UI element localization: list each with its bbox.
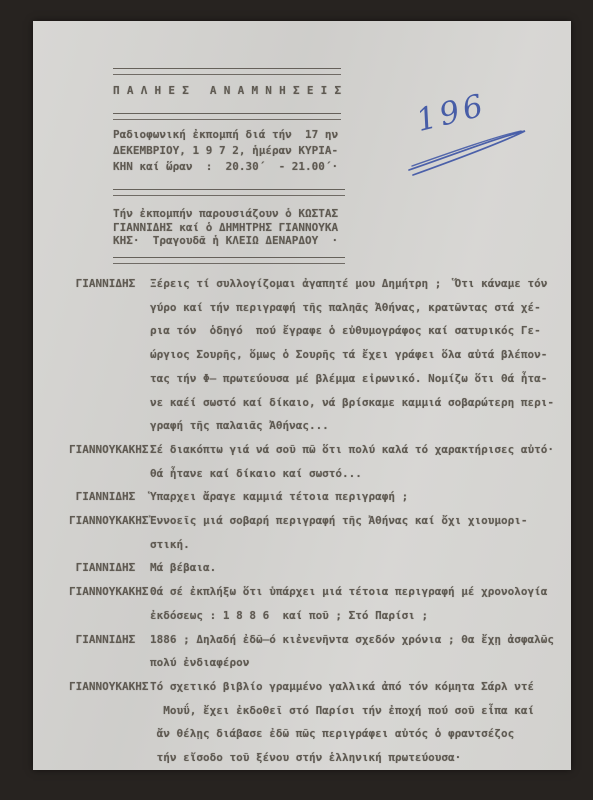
dialogue-row: ΓΙΑΝΝΙΔΗΣ 1886 ; Δηλαδή ἐδῶ̶ό κιἐνενῆντα… [33,628,571,675]
pen-underline-flourish [403,126,535,184]
broadcast-info-line: ΔΕΚΕΜΒΡΙΟΥ, 1 9 7 2, ἡμέραν ΚΥΡΙΑ- [113,143,338,159]
dialogue-transcript: ΓΙΑΝΝΙΔΗΣ Ξέρεις τί συλλογίζομαι ἀγαπητέ… [33,272,571,770]
dialogue-row: ΓΙΑΝΝΟΥΚΑΚΗΣ Θά σέ ἐκπλήξω ὅτι ὑπάρχει μ… [33,580,571,627]
speaker-label: ΓΙΑΝΝΙΔΗΣ [69,628,150,652]
speech-lines: Σέ διακόπτω γιά νά σοῦ πῶ ὅτι πολύ καλά … [150,438,568,485]
speech-lines: Τό σχετικό βιβλίο γραμμένο γαλλικά ἀπό τ… [150,675,568,770]
speech-line: Ὑπαρχει ἄραγε καμμιά τέτοια περιγραφή ; [150,485,568,509]
presenters-info-line: Τήν ἐκπομπήν παρουσιάζουν ὁ ΚΩΣΤΑΣ [113,207,338,221]
double-rule-mid [113,189,345,196]
speech-lines: Μά βέβαια. [150,556,568,580]
speech-line: πολύ ἐνδιαφέρον [150,651,568,675]
broadcast-info: Ραδιοφωνική ἐκπομπή διά τήν 17 ηνΔΕΚΕΜΒΡ… [113,127,338,174]
dialogue-row: ΓΙΑΝΝΟΥΚΑΚΗΣ Ἐννοεῖς μιά σοβαρή περιγραφ… [33,509,571,556]
page-title: Π Α Λ Η Ε Σ Α Ν Α Μ Ν Η Σ Ε Ι Σ [113,84,341,97]
dialogue-row: ΓΙΑΝΝΟΥΚΑΚΗΣ Τό σχετικό βιβλίο γραμμένο … [33,675,571,770]
speech-line: γύρο καί τήν περιγραφή τῆς παληᾶς Ἀθήνας… [150,296,568,320]
broadcast-info-line: ΚΗΝ καί ὥραν : 20.30΄ - 21.00΄· [113,159,338,175]
speech-line: Τό σχετικό βιβλίο γραμμένο γαλλικά ἀπό τ… [150,675,568,699]
presenters-info-line: ΓΙΑΝΝΙΔΗΣ καί ὁ ΔΗΜΗΤΡΗΣ ΓΙΑΝΝΟΥΚΑ [113,221,338,235]
speech-lines: 1886 ; Δηλαδή ἐδῶ̶ό κιἐνενῆντα σχεδόν χρ… [150,628,568,675]
speech-line: ἄν θέλῃς διάβασε ἐδῶ πῶς περιγράφει αὐτό… [150,722,568,746]
speech-lines: Ἐννοεῖς μιά σοβαρή περιγραφή τῆς Ἀθήνας … [150,509,568,556]
double-rule-top [113,68,341,75]
speech-line: ἐκδόσεως : 1 8 8 6 καί ποῦ ; Στό Παρίσι … [150,604,568,628]
double-rule-bottom [113,257,345,264]
speech-line: 1886 ; Δηλαδή ἐδῶ̶ό κιἐνενῆντα σχεδόν χρ… [150,628,568,652]
dialogue-row: ΓΙΑΝΝΙΔΗΣ Ὑπαρχει ἄραγε καμμιά τέτοια πε… [33,485,571,509]
speech-line: τας τήν Φ̶ πρωτεύουσα μέ βλέμμα εἰρωνικό… [150,367,568,391]
speech-lines: Ξέρεις τί συλλογίζομαι ἀγαπητέ μου Δημήτ… [150,272,568,438]
speech-line: νε καέί σωστό καί δίκαιο, νά βρίσκαμε κα… [150,391,568,415]
speaker-label: ΓΙΑΝΝΟΥΚΑΚΗΣ [69,580,150,604]
speaker-label: ΓΙΑΝΝΙΔΗΣ [69,272,150,296]
speech-line: Σέ διακόπτω γιά νά σοῦ πῶ ὅτι πολύ καλά … [150,438,568,462]
speech-line: Ἐννοεῖς μιά σοβαρή περιγραφή τῆς Ἀθήνας … [150,509,568,533]
speech-lines: Θά σέ ἐκπλήξω ὅτι ὑπάρχει μιά τέτοια περ… [150,580,568,627]
speaker-label: ΓΙΑΝΝΟΥΚΑΚΗΣ [69,675,150,699]
speech-line: ώργιος Σουρῆς, ὅμως ὁ Σουρῆς τά ἔχει γρά… [150,343,568,367]
presenters-info-line: ΚΗΣ· Τραγουδᾶ ἡ ΚΛΕΙΩ ΔΕΝΑΡΔΟΥ · [113,234,338,248]
broadcast-info-line: Ραδιοφωνική ἐκπομπή διά τήν 17 ην [113,127,338,143]
speaker-label: ΓΙΑΝΝΙΔΗΣ [69,556,150,580]
speaker-label: ΓΙΑΝΝΟΥΚΑΚΗΣ [69,509,150,533]
speech-line: γραφή τῆς παλαιᾶς Ἀθήνας... [150,414,568,438]
speaker-label: ΓΙΑΝΝΙΔΗΣ [69,485,150,509]
speech-line: Μά βέβαια. [150,556,568,580]
speech-lines: Ὑπαρχει ἄραγε καμμιά τέτοια περιγραφή ; [150,485,568,509]
speaker-label: ΓΙΑΝΝΟΥΚΑΚΗΣ [69,438,150,462]
speech-line: τήν εἴσοδο τοῦ ξένου στήν ἑλληνική πρωτε… [150,746,568,770]
speech-line: Θά σέ ἐκπλήξω ὅτι ὑπάρχει μιά τέτοια περ… [150,580,568,604]
dialogue-row: ΓΙΑΝΝΙΔΗΣ Μά βέβαια. [33,556,571,580]
speech-line: στική. [150,533,568,557]
speech-line: Ξέρεις τί συλλογίζομαι ἀγαπητέ μου Δημήτ… [150,272,568,296]
presenters-info: Τήν ἐκπομπήν παρουσιάζουν ὁ ΚΩΣΤΑΣΓΙΑΝΝΙ… [113,207,338,248]
double-rule-under-title [113,113,341,120]
scanned-page: Π Α Λ Η Ε Σ Α Ν Α Μ Ν Η Σ Ε Ι Σ Ραδιοφων… [33,21,571,770]
speech-line: ρια τόν ὁδηγό πού ἔγραφε ὁ εὐθυμογράφος … [150,319,568,343]
dialogue-row: ΓΙΑΝΝΙΔΗΣ Ξέρεις τί συλλογίζομαι ἀγαπητέ… [33,272,571,438]
speech-line: θά ἦτανε καί δίκαιο καί σωστό... [150,462,568,486]
dialogue-row: ΓΙΑΝΝΟΥΚΑΚΗΣ Σέ διακόπτω γιά νά σοῦ πῶ ὅ… [33,438,571,485]
speech-line: Μουΰ, ἔχει ἐκδοθεῖ στό Παρίσι τήν ἐποχή … [150,699,568,723]
